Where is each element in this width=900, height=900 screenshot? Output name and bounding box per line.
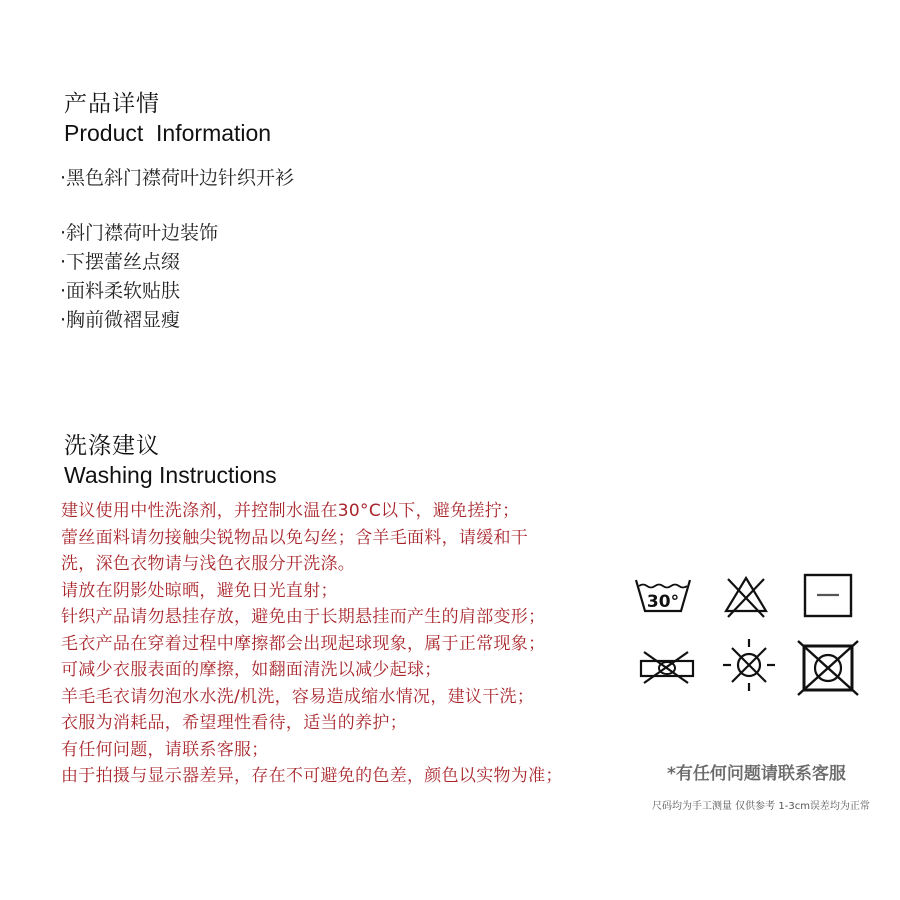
instruction-line: 毛衣产品在穿着过程中摩擦都会出现起球现象，属于正常现象； — [61, 631, 563, 658]
instruction-line: 针织产品请勿悬挂存放，避免由于长期悬挂而产生的肩部变形； — [61, 604, 563, 631]
size-measurement-note: 尺码均为手工测量 仅供参考 1-3cm误差均为正常 — [652, 797, 870, 812]
do-not-bleach-icon — [722, 573, 770, 619]
washing-instructions: 建议使用中性洗涤剂，并控制水温在30°C以下，避免搓拧； 蕾丝面料请勿接触尖锐物… — [61, 498, 563, 790]
feature-list: ·斜门襟荷叶边装饰 ·下摆蕾丝点缀 ·面料柔软贴肤 ·胸前微褶显瘦 — [60, 219, 218, 335]
contact-service-note: *有任何问题请联系客服 — [667, 759, 846, 784]
instruction-line: 可减少衣服表面的摩擦，如翻面清洗以减少起球； — [61, 657, 563, 684]
do-not-sun-dry-icon — [721, 637, 777, 693]
feature-item: ·斜门襟荷叶边装饰 — [60, 219, 218, 248]
product-info-title-cn: 产品详情 — [64, 90, 160, 118]
washing-title-en: Washing Instructions — [64, 461, 277, 489]
feature-item: ·胸前微褶显瘦 — [60, 306, 218, 335]
do-not-iron-icon — [638, 650, 696, 688]
instruction-line: 有任何问题，请联系客服； — [61, 737, 563, 764]
wash-30-icon: 30° — [633, 574, 693, 616]
feature-item: ·下摆蕾丝点缀 — [60, 248, 218, 277]
feature-item: ·面料柔软贴肤 — [60, 277, 218, 306]
washing-title-cn: 洗涤建议 — [64, 432, 160, 460]
instruction-line: 蕾丝面料请勿接触尖锐物品以免勾丝；含羊毛面料，请缓和干 — [61, 525, 563, 552]
instruction-line: 由于拍摄与显示器差异，存在不可避免的色差，颜色以实物为准； — [61, 763, 563, 790]
svg-text:30°: 30° — [647, 592, 679, 612]
instruction-line: 请放在阴影处晾晒，避免日光直射； — [61, 578, 563, 605]
instruction-line: 建议使用中性洗涤剂，并控制水温在30°C以下，避免搓拧； — [61, 498, 563, 525]
product-info-title-en: Product Information — [64, 119, 271, 147]
instruction-line: 衣服为消耗品，希望理性看待，适当的养护； — [61, 710, 563, 737]
instruction-line: 羊毛毛衣请勿泡水水洗/机洗，容易造成缩水情况，建议干洗； — [61, 684, 563, 711]
instruction-line: 洗，深色衣物请与浅色衣服分开洗涤。 — [61, 551, 563, 578]
product-name: ·黑色斜门襟荷叶边针织开衫 — [60, 164, 294, 193]
dry-flat-icon — [803, 573, 853, 618]
do-not-tumble-dry-icon — [796, 640, 860, 696]
